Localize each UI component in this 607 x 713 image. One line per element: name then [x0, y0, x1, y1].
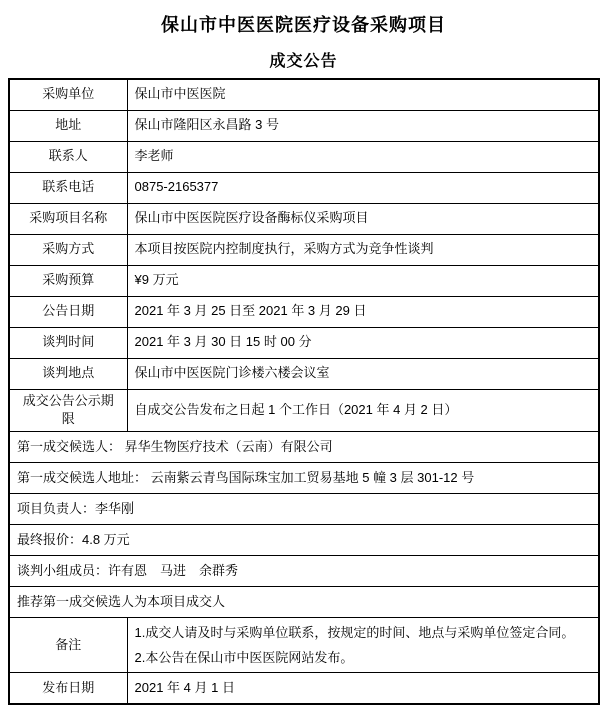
row-value-negotiation-time: 2021 年 3 月 30 日 15 时 00 分: [127, 327, 599, 358]
table-row: 联系电话 0875-2165377: [9, 172, 599, 203]
table-row: 成交公告公示期限 自成交公告发布之日起 1 个工作日（2021 年 4 月 2 …: [9, 389, 599, 432]
remark-line-2: 2.本公告在保山市中医医院网站发布。: [135, 645, 592, 670]
row-value-contact-person: 李老师: [127, 141, 599, 172]
table-row: 发布日期 2021 年 4 月 1 日: [9, 673, 599, 704]
row-first-candidate: 第一成交候选人： 昇华生物医疗技术（云南）有限公司: [9, 432, 599, 463]
table-row: 谈判地点 保山市中医医院门诊楼六楼会议室: [9, 358, 599, 389]
row-value-procurement-method: 本项目按医院内控制度执行，采购方式为竞争性谈判: [127, 234, 599, 265]
row-value-negotiation-place: 保山市中医医院门诊楼六楼会议室: [127, 358, 599, 389]
row-first-candidate-address: 第一成交候选人地址： 云南紫云青鸟国际珠宝加工贸易基地 5 幢 3 层 301-…: [9, 463, 599, 494]
row-label-negotiation-time: 谈判时间: [9, 327, 127, 358]
row-label-negotiation-place: 谈判地点: [9, 358, 127, 389]
row-project-manager: 项目负责人：李华刚: [9, 494, 599, 525]
row-negotiation-team: 谈判小组成员：许有恩 马进 余群秀: [9, 556, 599, 587]
remark-line-1: 1.成交人请及时与采购单位联系，按规定的时间、地点与采购单位签定合同。: [135, 620, 592, 645]
row-value-project-name: 保山市中医医院医疗设备酶标仪采购项目: [127, 203, 599, 234]
row-label-publicity-period: 成交公告公示期限: [9, 389, 127, 432]
table-row: 第一成交候选人： 昇华生物医疗技术（云南）有限公司: [9, 432, 599, 463]
table-row: 公告日期 2021 年 3 月 25 日至 2021 年 3 月 29 日: [9, 296, 599, 327]
table-row: 采购项目名称 保山市中医医院医疗设备酶标仪采购项目: [9, 203, 599, 234]
table-row: 谈判时间 2021 年 3 月 30 日 15 时 00 分: [9, 327, 599, 358]
row-label-budget: 采购预算: [9, 265, 127, 296]
row-label-remark: 备注: [9, 618, 127, 673]
row-label-procurement-method: 采购方式: [9, 234, 127, 265]
row-label-contact-phone: 联系电话: [9, 172, 127, 203]
row-label-address: 地址: [9, 110, 127, 141]
row-final-quote: 最终报价：4.8 万元: [9, 525, 599, 556]
table-row: 采购预算 ¥9 万元: [9, 265, 599, 296]
row-label-project-name: 采购项目名称: [9, 203, 127, 234]
row-label-contact-person: 联系人: [9, 141, 127, 172]
row-recommendation: 推荐第一成交候选人为本项目成交人: [9, 587, 599, 618]
row-value-purchasing-unit: 保山市中医医院: [127, 79, 599, 110]
table-row: 谈判小组成员：许有恩 马进 余群秀: [9, 556, 599, 587]
row-value-publish-date: 2021 年 4 月 1 日: [127, 673, 599, 704]
row-label-announcement-date: 公告日期: [9, 296, 127, 327]
table-row: 采购单位 保山市中医医院: [9, 79, 599, 110]
table-row: 最终报价：4.8 万元: [9, 525, 599, 556]
announcement-page: 保山市中医医院医疗设备采购项目 成交公告 采购单位 保山市中医医院 地址 保山市…: [0, 11, 607, 705]
row-value-publicity-period: 自成交公告发布之日起 1 个工作日（2021 年 4 月 2 日）: [127, 389, 599, 432]
row-value-announcement-date: 2021 年 3 月 25 日至 2021 年 3 月 29 日: [127, 296, 599, 327]
row-label-purchasing-unit: 采购单位: [9, 79, 127, 110]
table-row: 推荐第一成交候选人为本项目成交人: [9, 587, 599, 618]
table-row: 第一成交候选人地址： 云南紫云青鸟国际珠宝加工贸易基地 5 幢 3 层 301-…: [9, 463, 599, 494]
announcement-table: 采购单位 保山市中医医院 地址 保山市隆阳区永昌路 3 号 联系人 李老师 联系…: [8, 78, 600, 705]
row-value-remark: 1.成交人请及时与采购单位联系，按规定的时间、地点与采购单位签定合同。 2.本公…: [127, 618, 599, 673]
table-row: 联系人 李老师: [9, 141, 599, 172]
row-value-budget: ¥9 万元: [127, 265, 599, 296]
page-subtitle: 成交公告: [0, 48, 607, 71]
table-row: 地址 保山市隆阳区永昌路 3 号: [9, 110, 599, 141]
row-label-publish-date: 发布日期: [9, 673, 127, 704]
row-value-address: 保山市隆阳区永昌路 3 号: [127, 110, 599, 141]
table-row: 备注 1.成交人请及时与采购单位联系，按规定的时间、地点与采购单位签定合同。 2…: [9, 618, 599, 673]
table-row: 项目负责人：李华刚: [9, 494, 599, 525]
table-row: 采购方式 本项目按医院内控制度执行，采购方式为竞争性谈判: [9, 234, 599, 265]
row-value-contact-phone: 0875-2165377: [127, 172, 599, 203]
page-title: 保山市中医医院医疗设备采购项目: [0, 11, 607, 37]
